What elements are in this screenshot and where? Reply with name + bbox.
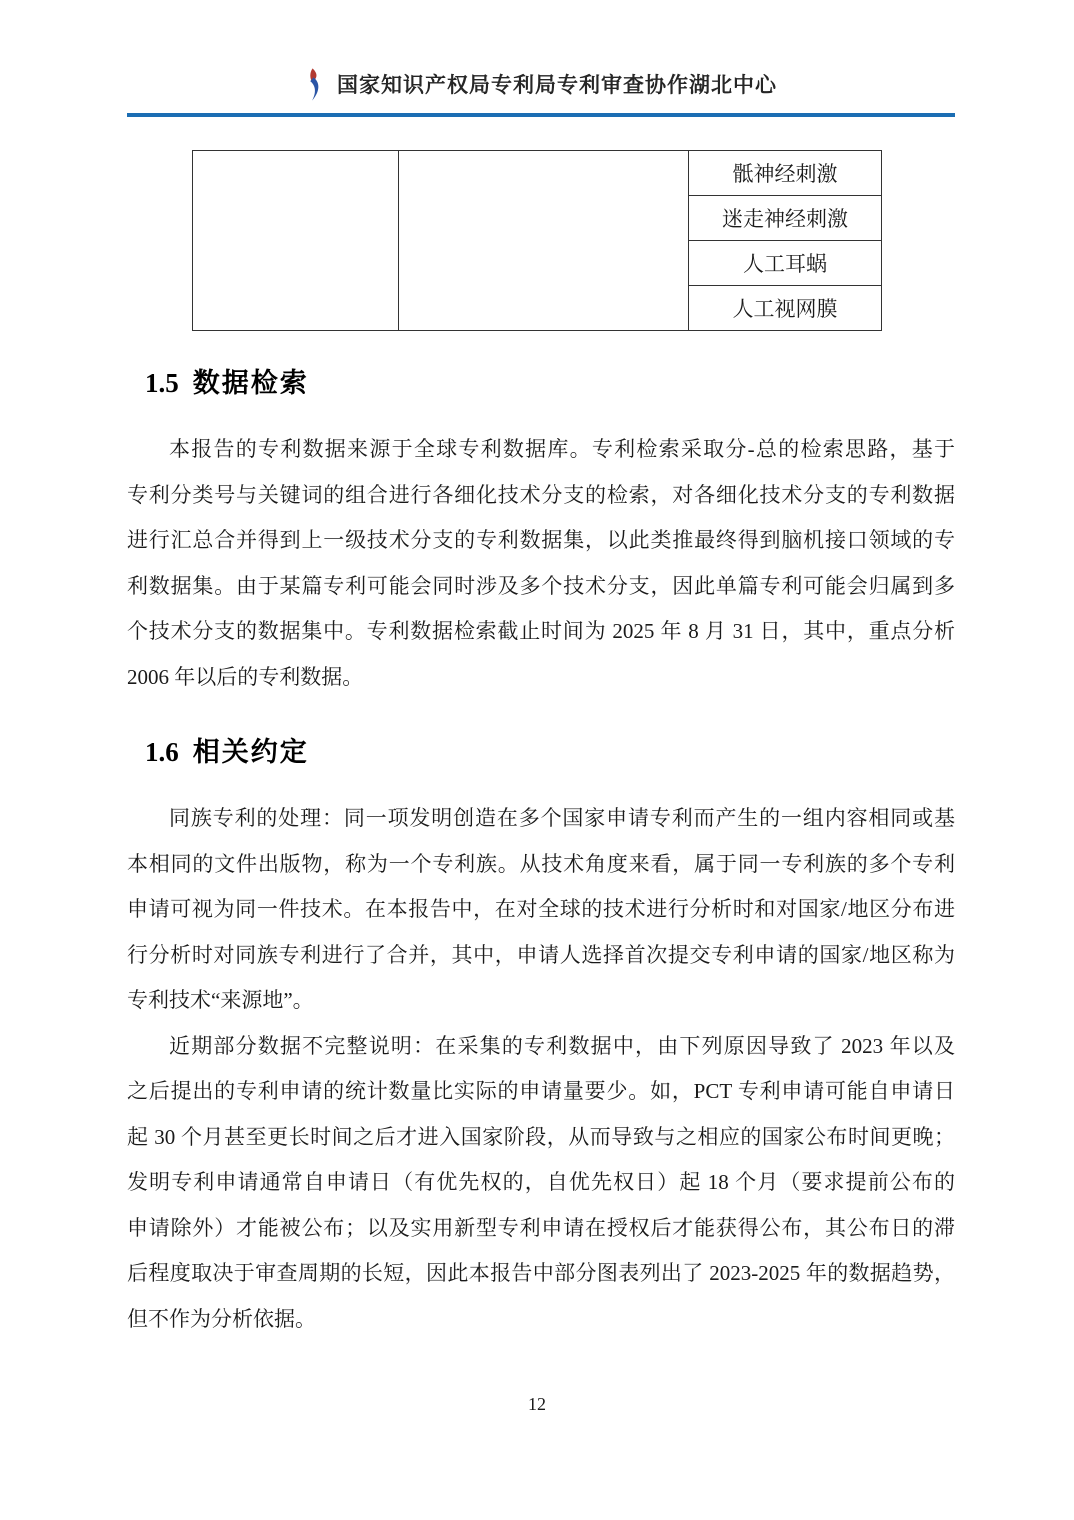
table-cell-branch: 骶神经刺激: [689, 151, 882, 196]
header-rule: [127, 113, 955, 117]
section-number: 1.6: [145, 732, 179, 772]
text-line: 专利技术“来源地”。: [127, 978, 955, 1024]
table-cell-branch: 迷走神经刺激: [689, 196, 882, 241]
classification-table-body: 骶神经刺激迷走神经刺激人工耳蜗人工视网膜: [193, 151, 882, 331]
text-line: 本相同的文件出版物，称为一个专利族。从技术角度来看，属于同一专利族的多个专利: [127, 842, 955, 888]
classification-table: 骶神经刺激迷走神经刺激人工耳蜗人工视网膜: [192, 150, 882, 331]
table-cell-level2: [399, 151, 689, 331]
section-heading-1-5: 1.5数据检索: [145, 363, 955, 403]
text-line: 个技术分支的数据集中。专利数据检索截止时间为 2025 年 8 月 31 日，其…: [127, 609, 955, 655]
table-cell-branch: 人工视网膜: [689, 286, 882, 331]
page-number: 12: [528, 1394, 546, 1414]
text-line: 专利分类号与关键词的组合进行各细化技术分支的检索，对各细化技术分支的专利数据: [127, 473, 955, 519]
text-line: 起 30 个月甚至更长时间之后才进入国家阶段，从而导致与之相应的国家公布时间更晚…: [127, 1115, 955, 1161]
header-title: 国家知识产权局专利局专利审查协作湖北中心: [337, 69, 777, 99]
text-line: 本报告的专利数据来源于全球专利数据库。专利检索采取分-总的检索思路，基于: [127, 427, 955, 473]
text-line: 申请除外）才能被公布；以及实用新型专利申请在授权后才能获得公布，其公布日的滞: [127, 1206, 955, 1252]
text-line: 后程度取决于审查周期的长短，因此本报告中部分图表列出了 2023-2025 年的…: [127, 1251, 955, 1297]
text-line: 行分析时对同族专利进行了合并，其中，申请人选择首次提交专利申请的国家/地区称为: [127, 933, 955, 979]
table-cell-branch: 人工耳蜗: [689, 241, 882, 286]
cnipa-logo-icon: [305, 68, 324, 101]
text-line: 利数据集。由于某篇专利可能会同时涉及多个技术分支，因此单篇专利可能会归属到多: [127, 564, 955, 610]
branch-table-wrap: 骶神经刺激迷走神经刺激人工耳蜗人工视网膜: [192, 150, 955, 331]
text-line: 之后提出的专利申请的统计数量比实际的申请量要少。如，PCT 专利申请可能自申请日: [127, 1069, 955, 1115]
text-line: 进行汇总合并得到上一级技术分支的专利数据集，以此类推最终得到脑机接口领域的专: [127, 518, 955, 564]
document-page: 国家知识产权局专利局专利审查协作湖北中心 骶神经刺激迷走神经刺激人工耳蜗人工视网…: [0, 0, 1074, 1520]
table-row: 骶神经刺激: [193, 151, 882, 196]
section-heading-1-6: 1.6相关约定: [145, 732, 955, 772]
text-line: 但不作为分析依据。: [127, 1297, 955, 1343]
paragraph: 近期部分数据不完整说明：在采集的专利数据中，由下列原因导致了 2023 年以及之…: [127, 1024, 955, 1343]
text-line: 近期部分数据不完整说明：在采集的专利数据中，由下列原因导致了 2023 年以及: [127, 1024, 955, 1070]
section-title: 相关约定: [193, 732, 309, 772]
sections-container: 1.5数据检索本报告的专利数据来源于全球专利数据库。专利检索采取分-总的检索思路…: [127, 363, 955, 1342]
paragraph: 本报告的专利数据来源于全球专利数据库。专利检索采取分-总的检索思路，基于专利分类…: [127, 427, 955, 700]
text-line: 同族专利的处理：同一项发明创造在多个国家申请专利而产生的一组内容相同或基: [127, 796, 955, 842]
page-header: 国家知识产权局专利局专利审查协作湖北中心: [127, 64, 955, 104]
text-line: 发明专利申请通常自申请日（有优先权的，自优先权日）起 18 个月（要求提前公布的: [127, 1160, 955, 1206]
page-footer: 12: [0, 1394, 1074, 1415]
text-line: 申请可视为同一件技术。在本报告中，在对全球的技术进行分析时和对国家/地区分布进: [127, 887, 955, 933]
text-line: 2006 年以后的专利数据。: [127, 655, 955, 701]
section-number: 1.5: [145, 363, 179, 403]
table-cell-level1: [193, 151, 399, 331]
section-title: 数据检索: [193, 363, 309, 403]
paragraph: 同族专利的处理：同一项发明创造在多个国家申请专利而产生的一组内容相同或基本相同的…: [127, 796, 955, 1024]
